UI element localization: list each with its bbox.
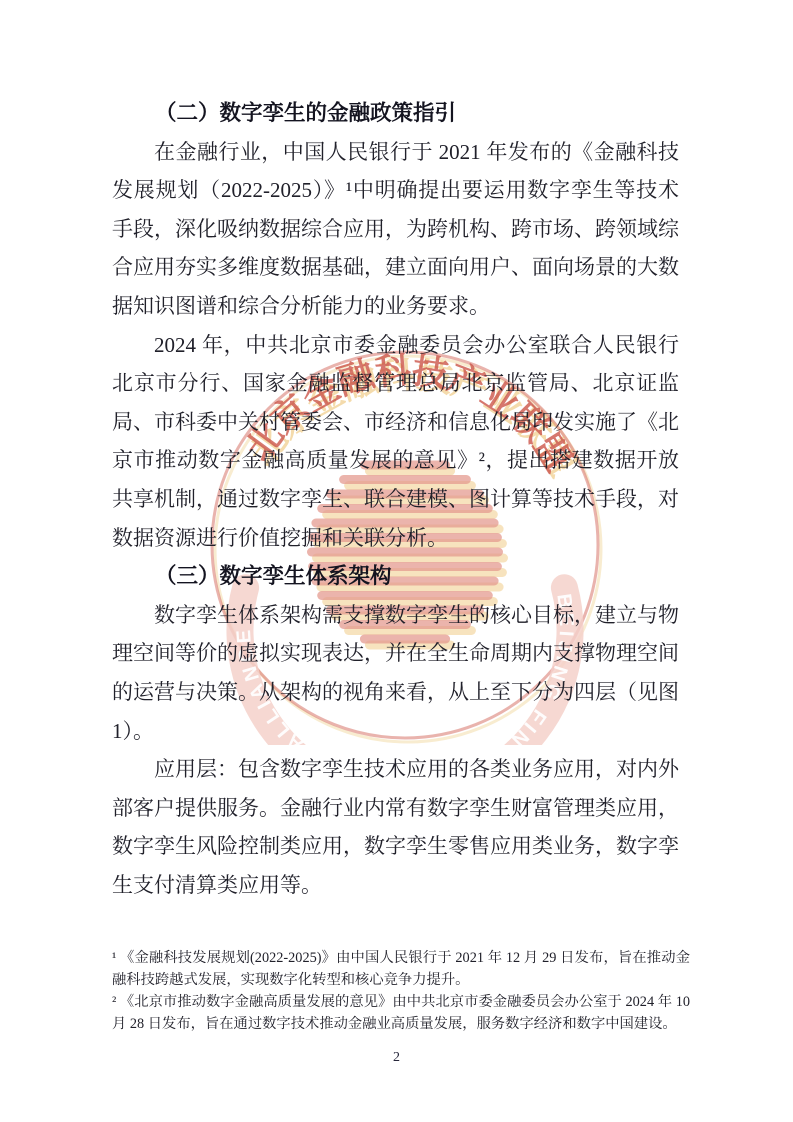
document-page: 北京金融科技产业联盟 北京金融科技产业联盟 BEIJING FINTECH IN… (0, 0, 793, 1122)
footnote: ¹ 《金融科技发展规划(2022-2025)》由中国人民银行于 2021 年 1… (112, 947, 690, 991)
body-paragraph: 数字孪生体系架构需支撑数字孪生的核心目标，建立与物理空间等价的虚拟实现表达，并在… (112, 596, 679, 750)
footnotes-area: ¹ 《金融科技发展规划(2022-2025)》由中国人民银行于 2021 年 1… (112, 947, 690, 1035)
body-paragraph: 应用层：包含数字孪生技术应用的各类业务应用，对内外部客户提供服务。金融行业内常有… (112, 750, 679, 904)
footnote: ² 《北京市推动数字金融高质量发展的意见》由中共北京市委金融委员会办公室于 20… (112, 991, 690, 1035)
section-heading-2: （二）数字孪生的金融政策指引 (112, 94, 679, 133)
page-number: 2 (0, 1050, 793, 1066)
section-heading-3: （三）数字孪生体系架构 (112, 557, 679, 596)
body-paragraph: 2024 年，中共北京市委金融委员会办公室联合人民银行北京市分行、国家金融监督管… (112, 326, 679, 558)
document-body: （二）数字孪生的金融政策指引 在金融行业，中国人民银行于 2021 年发布的《金… (112, 94, 679, 904)
body-paragraph: 在金融行业，中国人民银行于 2021 年发布的《金融科技发展规划（2022-20… (112, 133, 679, 326)
